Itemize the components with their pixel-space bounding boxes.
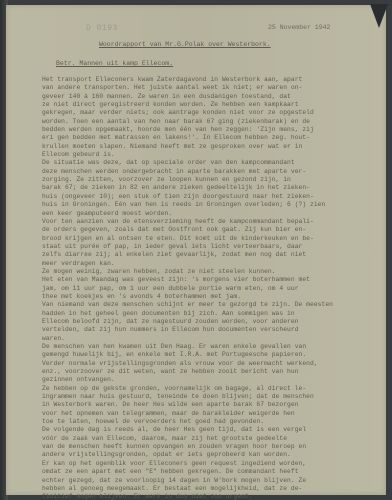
text-line: ingrammen naar huis gestuurd, teneinde t… xyxy=(42,393,362,401)
text-line: ze niet direct geregistreerd konden word… xyxy=(42,101,362,109)
text-line: De situatie was deze, dat op speciale or… xyxy=(42,159,362,167)
text-line: een keer geamputeerd moest worden. xyxy=(42,210,362,218)
text-line: zelfs diarree zij; al enkelen ziet gevaa… xyxy=(42,251,362,259)
text-line: bedden werden opgemaakt, hoorde men één … xyxy=(42,126,362,134)
text-line: andere vrijstellingsgronden, opdat er ie… xyxy=(42,451,362,459)
text-line: Ze mogen weinig, zwaren hebben, zodat ze… xyxy=(42,268,362,276)
text-line: Er kan op het ogenblik voor Elleconers g… xyxy=(42,460,362,468)
text-line: geveer 140 à 160 mannen. Ze waren in een… xyxy=(42,93,362,101)
text-line: Het transport Elleconers kwam Zaterdagav… xyxy=(42,76,362,84)
text-line: in Westerbork waren. De heer Hes wilde e… xyxy=(42,401,362,409)
text-line: huis (ongeveer 10); een stuk of tien zij… xyxy=(42,193,362,201)
text-line: worden. Toen een aantal van hen naar bar… xyxy=(42,118,362,126)
text-line: van andere transporten. Het juiste aanta… xyxy=(42,84,362,92)
text-line: Ze hebben op de gekste gronden, voorname… xyxy=(42,385,362,393)
text-line: jam, om 11 uur pap, om 1 uur een dubbele… xyxy=(42,285,362,293)
text-line: brood krijgen en al ontsen te eten. Dit … xyxy=(42,235,362,243)
text-line: krullen moeten slapen. Niemand heeft met… xyxy=(42,143,362,151)
text-line: waren. xyxy=(42,335,362,343)
text-line: van de menschen heeft kunnen opvangen en… xyxy=(42,443,362,451)
text-line: eri gen bedden met matrassen en lakens!'… xyxy=(42,134,362,142)
text-line: gezinnen ontvangen. xyxy=(42,376,362,384)
document-date: 25 November 1942 xyxy=(268,24,330,31)
archive-number: D 0193 xyxy=(86,24,118,33)
text-line: thee met koekjes en 's avonds 4 boterham… xyxy=(42,293,362,301)
text-line: hebben al genoeg meegemaakt. Er bestaat … xyxy=(42,485,362,493)
text-line: voor het opnemen van telegrammen, maar d… xyxy=(42,410,362,418)
text-line: vertelden, dat zij hun nummers in Elleco… xyxy=(42,326,362,334)
text-line: toe te laten, hoewel de vervoerders het … xyxy=(42,418,362,426)
text-line: gekregen, maar verder niets; ook aantrag… xyxy=(42,109,362,117)
text-line: Voor ten aanzien van de etensverzieming … xyxy=(42,218,362,226)
text-line: zorging. Ze zitten, voorzover ze loopen … xyxy=(42,176,362,184)
document-title: Woordrapport van Mr.G.Polak over Westerb… xyxy=(99,41,271,48)
text-line: echter gezegd, dat ze voorloopig 14 dage… xyxy=(42,477,362,485)
text-line: finitief mogen blijven. Er werk is dus n… xyxy=(42,493,362,500)
document-subtitle: Betr. Mannen uit kamp Ellecom. xyxy=(56,60,173,67)
text-line: barak 67; de zieken in 82 en andere ziek… xyxy=(42,184,362,192)
text-line: gemengd huwelijk bij, en enkele met I.R.… xyxy=(42,351,362,359)
text-line: huis in Groningen. Eén van hen is reeds … xyxy=(42,201,362,209)
text-line: vóór de zaak van Ellecom, daarom, maar z… xyxy=(42,435,362,443)
text-line: De volgende dag is reeds al, de heer Hes… xyxy=(42,426,362,434)
document-page: D 0193 25 November 1942 Woordrapport van… xyxy=(6,5,386,495)
text-line: hadden in het geheel geen documenten bij… xyxy=(42,310,362,318)
text-line: Het eten van Maandag was geveest zijn: '… xyxy=(42,276,362,284)
text-line: De menschen van hen kwamen uit Den Haag.… xyxy=(42,343,362,351)
document-body: Het transport Elleconers kwam Zaterdagav… xyxy=(42,76,362,500)
text-line: de orders gegeven, zoals dat met Oostfro… xyxy=(42,226,362,234)
text-line: meer verdragen kan. xyxy=(42,260,362,268)
text-line: Ellecom gebeurd is. xyxy=(42,151,362,159)
text-line: deze menschen werden ondergebracht in ap… xyxy=(42,168,362,176)
text-line: omdat ze een apart met een "E" hebben ge… xyxy=(42,468,362,476)
text-line: staat uit purée of pap, in ieder geval i… xyxy=(42,243,362,251)
text-line: Ellecom beloofd zijn, dat ze nagestuurd … xyxy=(42,318,362,326)
text-line: Verder normale vrijstellingsgronden als … xyxy=(42,360,362,368)
page-corner-fold xyxy=(370,4,388,28)
text-line: Van niemand van deze menschen schijnt er… xyxy=(42,301,362,309)
text-line: enz., voorzoover ze dit weten, want ze h… xyxy=(42,368,362,376)
